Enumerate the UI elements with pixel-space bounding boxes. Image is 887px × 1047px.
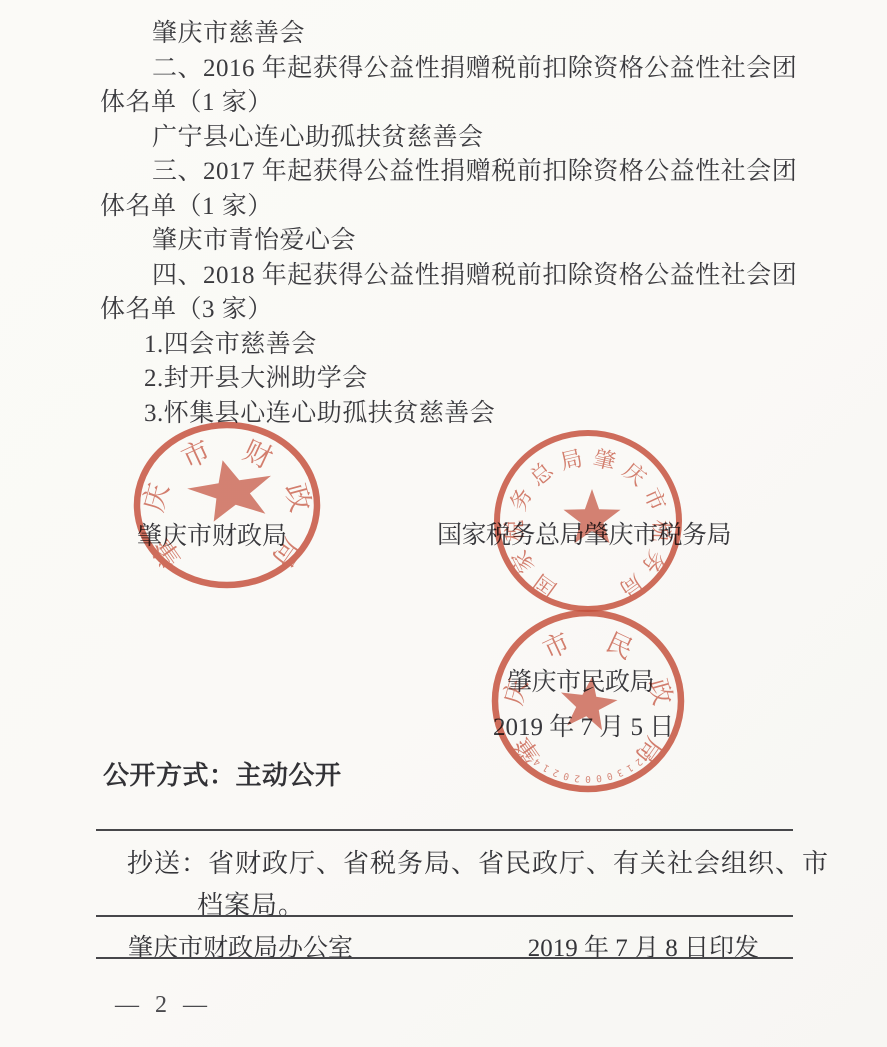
publicity-method: 公开方式：主动公开	[103, 755, 342, 792]
seal-text-char: 市	[639, 484, 671, 514]
seal-text-char: 财	[238, 435, 277, 476]
seal-text-char: 国	[529, 569, 562, 602]
page-number: — 2 —	[115, 992, 212, 1019]
cc-divider-top	[96, 829, 793, 831]
seal-code-digit: 1	[624, 761, 635, 774]
seal-text-char: 务	[505, 484, 537, 514]
body-line: 三、2017 年起获得公益性捐赠税前扣除资格公益性社会团	[100, 155, 780, 190]
seal-code-digit: 2	[551, 766, 561, 778]
seal-text-char: 局	[615, 569, 648, 602]
seal-text-char: 民	[602, 628, 638, 665]
finance-signature: 肇庆市财政局	[137, 516, 287, 552]
seal-code-digit: 1	[541, 761, 552, 774]
seal-text-char: 市	[177, 435, 216, 476]
seal-code-digit: 0	[595, 772, 602, 784]
footer-divider-top	[96, 915, 793, 917]
document-body: 肇庆市慈善会 二、2016 年起获得公益性捐赠税前扣除资格公益性社会团 体名单（…	[100, 17, 780, 431]
body-line: 二、2016 年起获得公益性捐赠税前扣除资格公益性社会团	[100, 52, 780, 87]
seal-code-digit: 4	[523, 749, 535, 761]
civil-seal: 肇庆市民政局4412020003125	[495, 613, 681, 789]
footer-divider-bottom	[96, 957, 793, 959]
seal-code-digit: 4	[532, 756, 544, 768]
tax-signature: 国家税务总局肇庆市税务局	[437, 515, 731, 551]
body-line: 2.封开县大洲助学会	[100, 362, 780, 397]
seal-code-digit: 3	[615, 766, 625, 778]
seal-code-digit: 0	[585, 773, 591, 784]
seal-code-digit: 0	[562, 770, 571, 782]
seal-text-char: 肇	[591, 445, 618, 474]
seal-text-char: 庆	[618, 457, 651, 490]
body-line: 广宁县心连心助孤扶贫慈善会	[100, 121, 780, 156]
seal-star-icon	[187, 460, 271, 521]
body-line: 肇庆市慈善会	[100, 17, 780, 52]
body-line: 1.四会市慈善会	[100, 328, 780, 363]
seal-text-char: 局	[558, 445, 585, 474]
seal-text-char: 政	[278, 480, 316, 515]
document-page: 肇庆市慈善会 二、2016 年起获得公益性捐赠税前扣除资格公益性社会团 体名单（…	[0, 0, 887, 1047]
seal-code-digit: 0	[605, 770, 614, 782]
body-line: 肇庆市青怡爱心会	[100, 224, 780, 259]
civil-signature: 肇庆市民政局	[507, 662, 654, 698]
seal-text-char: 庆	[137, 480, 175, 515]
seal-text-char: 市	[539, 628, 575, 665]
finance-seal: 肇庆市财政局	[137, 425, 317, 585]
body-line: 体名单（1 家）	[100, 190, 780, 225]
seal-text-char: 总	[525, 457, 559, 491]
body-line: 体名单（1 家）	[100, 86, 780, 121]
civil-date: 2019 年 7 月 5 日	[493, 707, 674, 743]
seal-code-digit: 2	[633, 756, 644, 768]
body-line: 四、2018 年起获得公益性捐赠税前扣除资格公益性社会团	[100, 259, 780, 294]
seal-code-digit: 2	[574, 772, 581, 784]
seal-ring	[495, 613, 681, 789]
body-line: 3.怀集县心连心助孤扶贫慈善会	[100, 397, 780, 432]
body-line: 体名单（3 家）	[100, 293, 780, 328]
cc-line-1: 抄送：省财政厅、省税务局、省民政厅、有关社会组织、市	[127, 843, 829, 880]
seal-code-digit: 5	[641, 749, 653, 761]
seal-ring	[137, 425, 317, 585]
